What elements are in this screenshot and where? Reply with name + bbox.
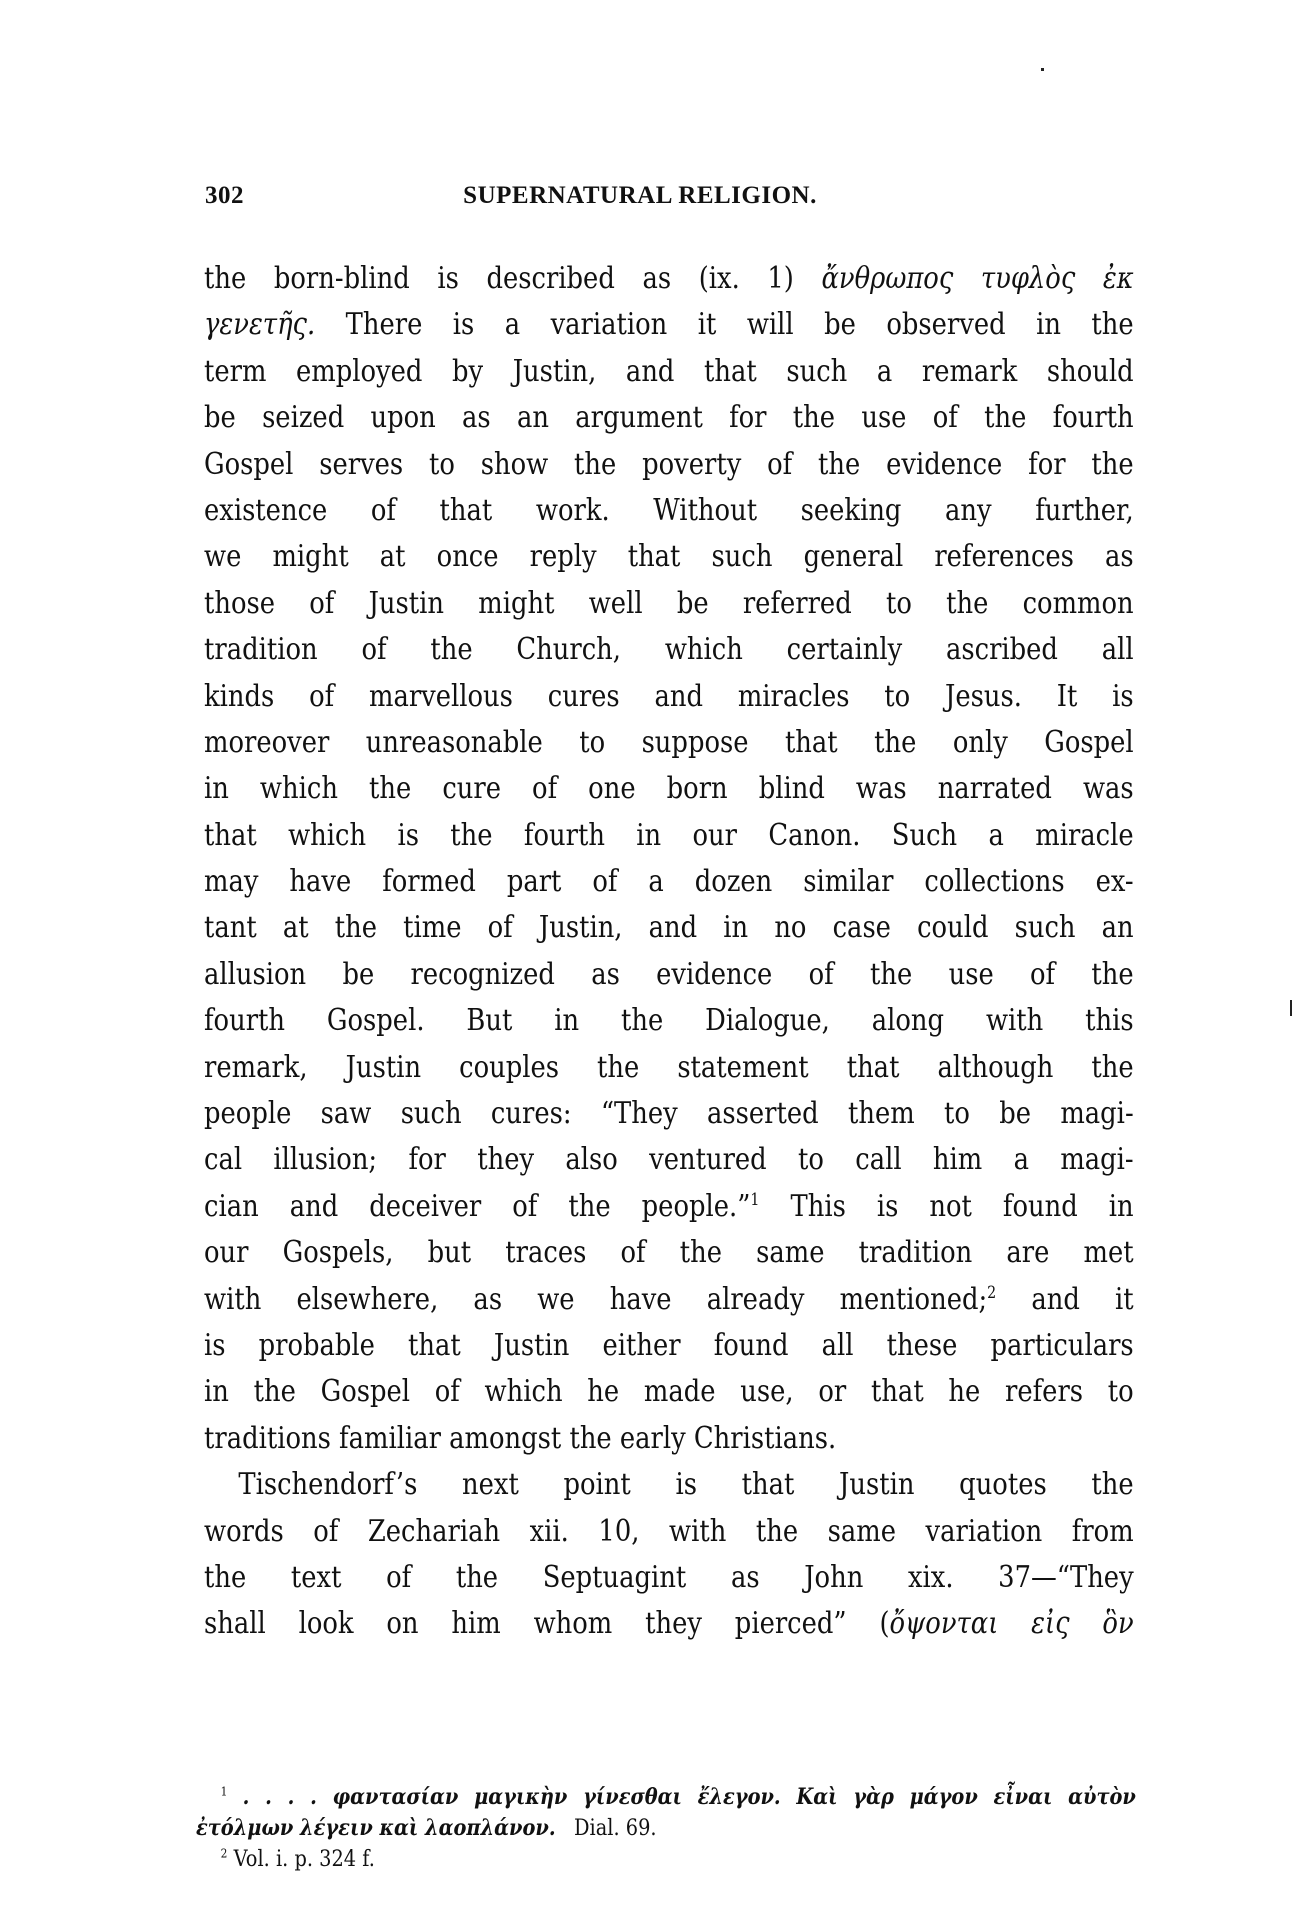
text-line: allusion be recognized as evidence of th… — [204, 952, 1134, 998]
text-run: in which the cure of one born blind was … — [204, 771, 1134, 806]
text-line: Tischendorf’s next point is that Justin … — [204, 1462, 1134, 1508]
scan-artifact-dot — [1041, 68, 1044, 71]
text-line: cal illusion; for they also ventured to … — [204, 1137, 1134, 1183]
text-line: that which is the fourth in our Canon. S… — [204, 813, 1134, 859]
footnote-text: Vol. i. p. 324 f. — [234, 1847, 375, 1872]
text-run: This is not found in — [759, 1189, 1133, 1224]
text-line: the text of the Septuagint as John xix. … — [204, 1555, 1134, 1601]
text-run: tradition of the Church, which certainly… — [204, 632, 1134, 667]
text-line: be seized upon as an argument for the us… — [204, 395, 1134, 441]
text-run: words of Zechariah xii. 10, with the sam… — [204, 1514, 1134, 1549]
body-text: the born-blind is described as (ix. 1) ἄ… — [204, 256, 1134, 1648]
text-run: cal illusion; for they also ventured to … — [204, 1142, 1134, 1177]
footnote-reference-marker: 2 — [987, 1283, 996, 1302]
text-line: those of Justin might well be referred t… — [204, 581, 1134, 627]
text-run: Gospel serves to show the poverty of the… — [204, 447, 1134, 482]
text-run: we might at once reply that such general… — [204, 539, 1134, 574]
text-line: with elsewhere, as we have already menti… — [204, 1277, 1134, 1323]
text-run: moreover unreasonable to suppose that th… — [204, 725, 1134, 760]
text-line: existence of that work. Without seeking … — [204, 488, 1134, 534]
text-line: words of Zechariah xii. 10, with the sam… — [204, 1509, 1134, 1555]
text-run: that which is the fourth in our Canon. S… — [204, 818, 1134, 853]
text-line: tant at the time of Justin, and in no ca… — [204, 905, 1134, 951]
footnote-reference: Dial. 69. — [574, 1816, 657, 1841]
text-line: traditions familiar amongst the early Ch… — [204, 1416, 1134, 1462]
text-line: shall look on him whom they pierced” (ὄψ… — [204, 1601, 1134, 1647]
text-line: in which the cure of one born blind was … — [204, 766, 1134, 812]
footnote-1-line-1: 1 . . . . φαντασίαν μαγικὴν γίνεσθαι ἔλε… — [196, 1782, 1136, 1813]
text-run: fourth Gospel. But in the Dialogue, alon… — [204, 1003, 1134, 1038]
text-line: the born-blind is described as (ix. 1) ἄ… — [204, 256, 1134, 302]
text-run: is probable that Justin either found all… — [204, 1328, 1134, 1363]
text-run: remark, Justin couples the statement tha… — [204, 1050, 1134, 1085]
text-run: traditions familiar amongst the early Ch… — [204, 1421, 836, 1456]
text-line: moreover unreasonable to suppose that th… — [204, 720, 1134, 766]
text-line: γενετῆς. There is a variation it will be… — [204, 302, 1134, 348]
text-run: shall look on him whom they pierced” ( — [204, 1606, 890, 1641]
book-title: SUPERNATURAL RELIGION. — [205, 182, 1135, 210]
text-run: and it — [996, 1282, 1133, 1317]
text-run: with elsewhere, as we have already menti… — [204, 1282, 987, 1317]
book-page: 302 SUPERNATURAL RELIGION. the born-blin… — [0, 0, 1292, 1925]
text-run: people saw such cures: “They asserted th… — [204, 1096, 1134, 1131]
footnote-greek-text: . . . . φαντασίαν μαγικὴν γίνεσθαι ἔλεγο… — [243, 1784, 1136, 1810]
text-line: people saw such cures: “They asserted th… — [204, 1091, 1134, 1137]
text-run: the text of the Septuagint as John xix. … — [204, 1560, 1134, 1595]
text-run: kinds of marvellous cures and miracles t… — [204, 679, 1134, 714]
text-run: existence of that work. Without seeking … — [204, 493, 1134, 528]
text-line: we might at once reply that such general… — [204, 534, 1134, 580]
text-line: cian and deceiver of the people.”1 This … — [204, 1184, 1134, 1230]
text-line: kinds of marvellous cures and miracles t… — [204, 674, 1134, 720]
footnote-2: 2 Vol. i. p. 324 f. — [196, 1844, 1136, 1875]
footnote-marker: 2 — [221, 1847, 228, 1861]
text-run: the born-blind is described as (ix. 1) — [204, 261, 822, 296]
text-run: in the Gospel of which he made use, or t… — [204, 1374, 1134, 1409]
text-line: may have formed part of a dozen similar … — [204, 859, 1134, 905]
text-line: in the Gospel of which he made use, or t… — [204, 1369, 1134, 1415]
footnote-1-line-2: ἐτόλμων λέγειν καὶ λαοπλάνον. Dial. 69. — [196, 1813, 1136, 1844]
text-run: those of Justin might well be referred t… — [204, 586, 1134, 621]
text-run: cian and deceiver of the people.” — [204, 1189, 750, 1224]
text-run: term employed by Justin, and that such a… — [204, 354, 1134, 389]
text-line: is probable that Justin either found all… — [204, 1323, 1134, 1369]
text-line: remark, Justin couples the statement tha… — [204, 1045, 1134, 1091]
text-line: our Gospels, but traces of the same trad… — [204, 1230, 1134, 1276]
text-run: our Gospels, but traces of the same trad… — [204, 1235, 1134, 1270]
text-run: be seized upon as an argument for the us… — [204, 400, 1134, 435]
greek-text: γενετῆς. — [204, 307, 315, 342]
text-line: tradition of the Church, which certainly… — [204, 627, 1134, 673]
footnote-greek-text: ἐτόλμων λέγειν καὶ λαοπλάνον. — [196, 1815, 556, 1841]
greek-text: ἄνθρωπος τυφλὸς ἐκ — [822, 261, 1134, 296]
text-run: There is a variation it will be observed… — [315, 307, 1133, 342]
text-line: Gospel serves to show the poverty of the… — [204, 442, 1134, 488]
text-run: Tischendorf’s next point is that Justin … — [238, 1467, 1133, 1502]
text-run: tant at the time of Justin, and in no ca… — [204, 910, 1134, 945]
running-head: 302 SUPERNATURAL RELIGION. — [205, 182, 1135, 218]
text-line: term employed by Justin, and that such a… — [204, 349, 1134, 395]
text-line: fourth Gospel. But in the Dialogue, alon… — [204, 998, 1134, 1044]
text-run: may have formed part of a dozen similar … — [204, 864, 1134, 899]
text-run: allusion be recognized as evidence of th… — [204, 957, 1134, 992]
greek-text: ὄψονται εἰς ὃν — [890, 1606, 1134, 1641]
footnotes: 1 . . . . φαντασίαν μαγικὴν γίνεσθαι ἔλε… — [196, 1782, 1136, 1875]
footnote-marker: 1 — [221, 1785, 228, 1799]
footnote-reference-marker: 1 — [750, 1190, 759, 1209]
